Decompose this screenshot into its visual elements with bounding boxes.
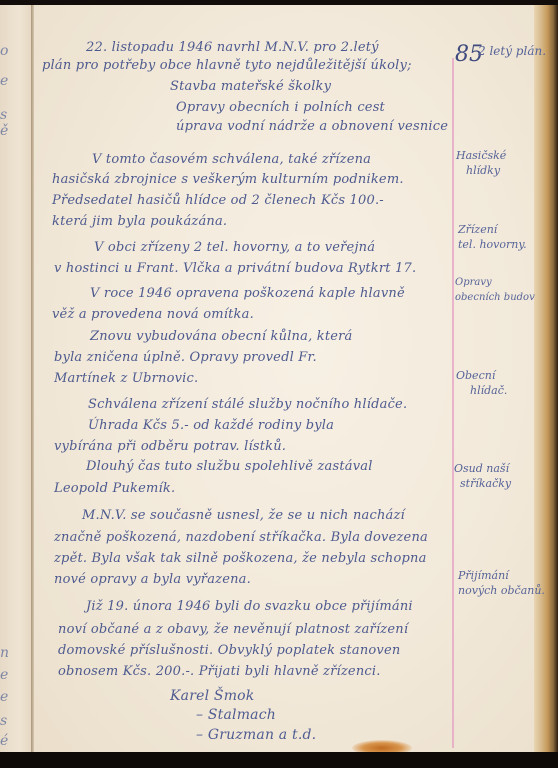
left-page-glyph: é xyxy=(0,733,8,749)
text-line: V tomto časovém schválena, také zřízena xyxy=(92,152,371,167)
text-line: Stavba mateřské školky xyxy=(170,79,331,94)
margin-note-building-repairs: Opravy obecních budov xyxy=(455,275,535,305)
signature: – Stalmach xyxy=(196,707,276,723)
text-line: obnosem Kčs. 200.-. Přijati byli hlavně … xyxy=(58,664,381,679)
left-page-glyph: s xyxy=(0,107,7,123)
signature: Karel Šmok xyxy=(170,688,255,704)
left-page-glyph: e xyxy=(0,73,8,89)
left-page-glyph: o xyxy=(0,43,8,59)
margin-note-new-citizens: Přijímání nových občanů. xyxy=(458,568,545,598)
margin-rule xyxy=(452,58,454,748)
text-line: v hostinci u Frant. Vlčka a privátní bud… xyxy=(54,261,416,276)
text-line: Předsedatel hasičů hlídce od 2 členech K… xyxy=(52,193,384,208)
text-line: Znovu vybudována obecní kůlna, která xyxy=(90,329,353,344)
left-page-glyph: e xyxy=(0,689,8,705)
margin-note-two-year-plan: 2 letý plán. xyxy=(478,44,546,59)
text-line: nové opravy a byla vyřazena. xyxy=(54,572,251,587)
left-page-fragment: o e s ě n e e s é xyxy=(0,5,33,753)
text-line: zpět. Byla však tak silně poškozena, že … xyxy=(54,551,427,566)
page-stack-edge xyxy=(534,5,558,753)
margin-note-fire-watch: Hasičské hlídky xyxy=(456,148,506,178)
text-line: plán pro potřeby obce hlavně tyto nejdůl… xyxy=(42,58,412,73)
text-line: Již 19. února 1946 byli do svazku obce p… xyxy=(86,599,413,614)
margin-note-night-watchman: Obecní hlídač. xyxy=(456,368,507,398)
text-line: věž a provedena nová omítka. xyxy=(52,307,254,322)
text-line: V roce 1946 opravena poškozená kaple hla… xyxy=(90,286,405,301)
margin-note-phone-booths: Zřízení tel. hovorny. xyxy=(458,222,527,252)
text-line: 22. listopadu 1946 navrhl M.N.V. pro 2.l… xyxy=(86,40,379,55)
text-line: značně poškozená, nazdobení stříkačka. B… xyxy=(54,530,428,545)
text-line: noví občané a z obavy, že nevěnují platn… xyxy=(58,622,408,637)
left-page-glyph: n xyxy=(0,645,9,661)
text-line: vybírána při odběru potrav. lístků. xyxy=(54,439,286,454)
text-line: M.N.V. se současně usnesl, že se u nich … xyxy=(82,508,405,523)
text-line: Martínek z Ubrnovic. xyxy=(54,371,198,386)
text-line: Opravy obecních i polních cest xyxy=(176,100,385,115)
left-page-glyph: ě xyxy=(0,123,8,139)
margin-note-fire-engine: Osud naší stříkačky xyxy=(454,461,511,491)
text-line: Schválena zřízení stálé služby nočního h… xyxy=(88,397,407,412)
text-line: hasičská zbrojnice s veškerým kulturním … xyxy=(52,172,404,187)
text-line: která jim byla poukázána. xyxy=(52,214,227,229)
text-line: V obci zřízeny 2 tel. hovorny, a to veře… xyxy=(94,240,375,255)
left-page-glyph: s xyxy=(0,713,7,729)
photo-bottom-edge xyxy=(0,752,558,768)
text-line: domovské příslušnosti. Obvyklý poplatek … xyxy=(58,643,400,658)
text-line: úprava vodní nádrže a obnovení vesnice xyxy=(176,119,448,134)
text-line: byla zničena úplně. Opravy provedl Fr. xyxy=(54,350,317,365)
text-line: Úhrada Kčs 5.- od každé rodiny byla xyxy=(88,418,334,433)
text-line: Leopold Pukemík. xyxy=(54,481,175,496)
text-line: Dlouhý čas tuto službu spolehlivě zastáv… xyxy=(86,459,373,474)
signature: – Gruzman a t.d. xyxy=(196,727,316,743)
left-page-glyph: e xyxy=(0,667,8,683)
